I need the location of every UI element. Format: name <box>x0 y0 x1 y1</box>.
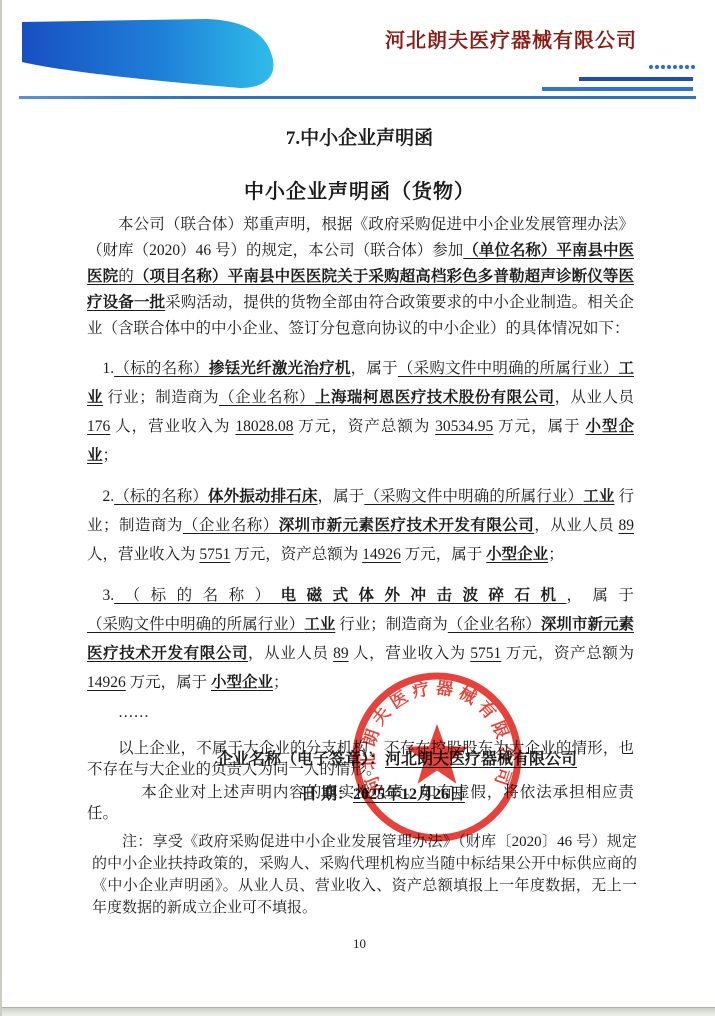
section-title: 7.中小企业声明函 <box>2 123 715 150</box>
dotted-line-decoration <box>648 62 698 72</box>
header-bar-decoration-long <box>542 87 693 91</box>
ellipsis-line: …… <box>87 703 634 723</box>
header-bar-decoration-short <box>579 77 693 81</box>
signature-date-label: 日 期： <box>301 786 353 803</box>
page-number: 10 <box>2 936 715 952</box>
target-item-1: 1.（标的名称）掺铥光纤激光治疗机，属于（采购文件中明确的所属行业）工业 行业；… <box>87 354 634 470</box>
letter-title: 中小企业声明函（货物） <box>2 175 715 204</box>
header-company-name: 河北朗夫医疗器械有限公司 <box>385 24 645 53</box>
letter-body: 本公司（联合体）郑重声明，根据《政府采购促进中小企业发展管理办法》（财库（202… <box>87 212 634 824</box>
page-bottom-edge <box>2 1007 715 1016</box>
signature-date-value: 2025年12月26日 <box>353 786 465 803</box>
declaration-intro: 本公司（联合体）郑重声明，根据《政府采购促进中小企业发展管理办法》（财库（202… <box>87 212 634 342</box>
signature-date-line: 日 期：2025年12月26日 <box>301 781 465 804</box>
document-page: 河北朗夫医疗器械有限公司 7.中小企业声明函 中小企业声明函（货物） 本公司（联… <box>0 0 715 1016</box>
header-swoosh-decoration <box>2 0 302 100</box>
header-horizontal-rule <box>19 96 696 99</box>
signature-company-value: 河北朗夫医疗器械有限公司 <box>385 751 577 768</box>
target-item-2: 2.（标的名称）体外振动排石床，属于（采购文件中明确的所属行业）工业 行业；制造… <box>87 482 634 569</box>
signature-company-line: 企业名称（电子签章）：河北朗夫医疗器械有限公司 <box>217 746 577 769</box>
target-item-3: 3.（标的名称）电磁式体外冲击波碎石机，属于（采购文件中明确的所属行业）工业 行… <box>87 581 634 697</box>
footnote-paragraph: 注：享受《政府采购促进中小企业发展管理办法》（财库〔2020〕46 号）规定的中… <box>92 831 637 919</box>
signature-company-label: 企业名称（电子签章）： <box>217 751 385 768</box>
